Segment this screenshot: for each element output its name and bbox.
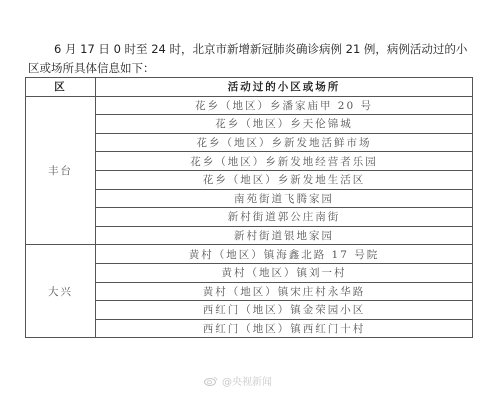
table-row: 丰台 花乡（地区）乡潘家庙甲 20 号 [26, 96, 473, 115]
place-cell: 黄村（地区）镇宋庄村永华路 [96, 282, 473, 301]
weibo-logo-icon [204, 376, 218, 386]
place-cell: 花乡（地区）乡新发地活鲜市场 [96, 133, 473, 152]
intro-paragraph: 6 月 17 日 0 时至 24 时，北京市新增新冠肺炎确诊病例 21 例，病例… [28, 40, 468, 78]
watermark: @央视新闻 [204, 373, 272, 388]
table-row: 大兴 黄村（地区）镇海鑫北路 17 号院 [26, 245, 473, 264]
place-cell: 黄村（地区）镇刘一村 [96, 263, 473, 282]
places-table: 区 活动过的小区或场所 丰台 花乡（地区）乡潘家庙甲 20 号 花乡（地区）乡天… [25, 77, 473, 338]
place-cell: 西红门（地区）镇金荣园小区 [96, 301, 473, 320]
place-cell: 花乡（地区）乡天伦锦城 [96, 115, 473, 134]
place-cell: 黄村（地区）镇海鑫北路 17 号院 [96, 245, 473, 264]
place-cell: 西红门（地区）镇西红门十村 [96, 319, 473, 338]
place-cell: 新村街道银地家园 [96, 226, 473, 245]
header-district: 区 [26, 78, 96, 97]
place-cell: 南苑街道飞腾家园 [96, 189, 473, 208]
table-header-row: 区 活动过的小区或场所 [26, 78, 473, 97]
district-cell-daxing: 大兴 [26, 245, 96, 338]
header-places: 活动过的小区或场所 [96, 78, 473, 97]
place-cell: 花乡（地区）乡潘家庙甲 20 号 [96, 96, 473, 115]
place-cell: 花乡（地区）乡新发地经营者乐园 [96, 152, 473, 171]
place-cell: 新村街道郭公庄南街 [96, 208, 473, 227]
watermark-text: @央视新闻 [222, 373, 272, 388]
district-cell-fengtai: 丰台 [26, 96, 96, 245]
place-cell: 花乡（地区）乡新发地生活区 [96, 170, 473, 189]
